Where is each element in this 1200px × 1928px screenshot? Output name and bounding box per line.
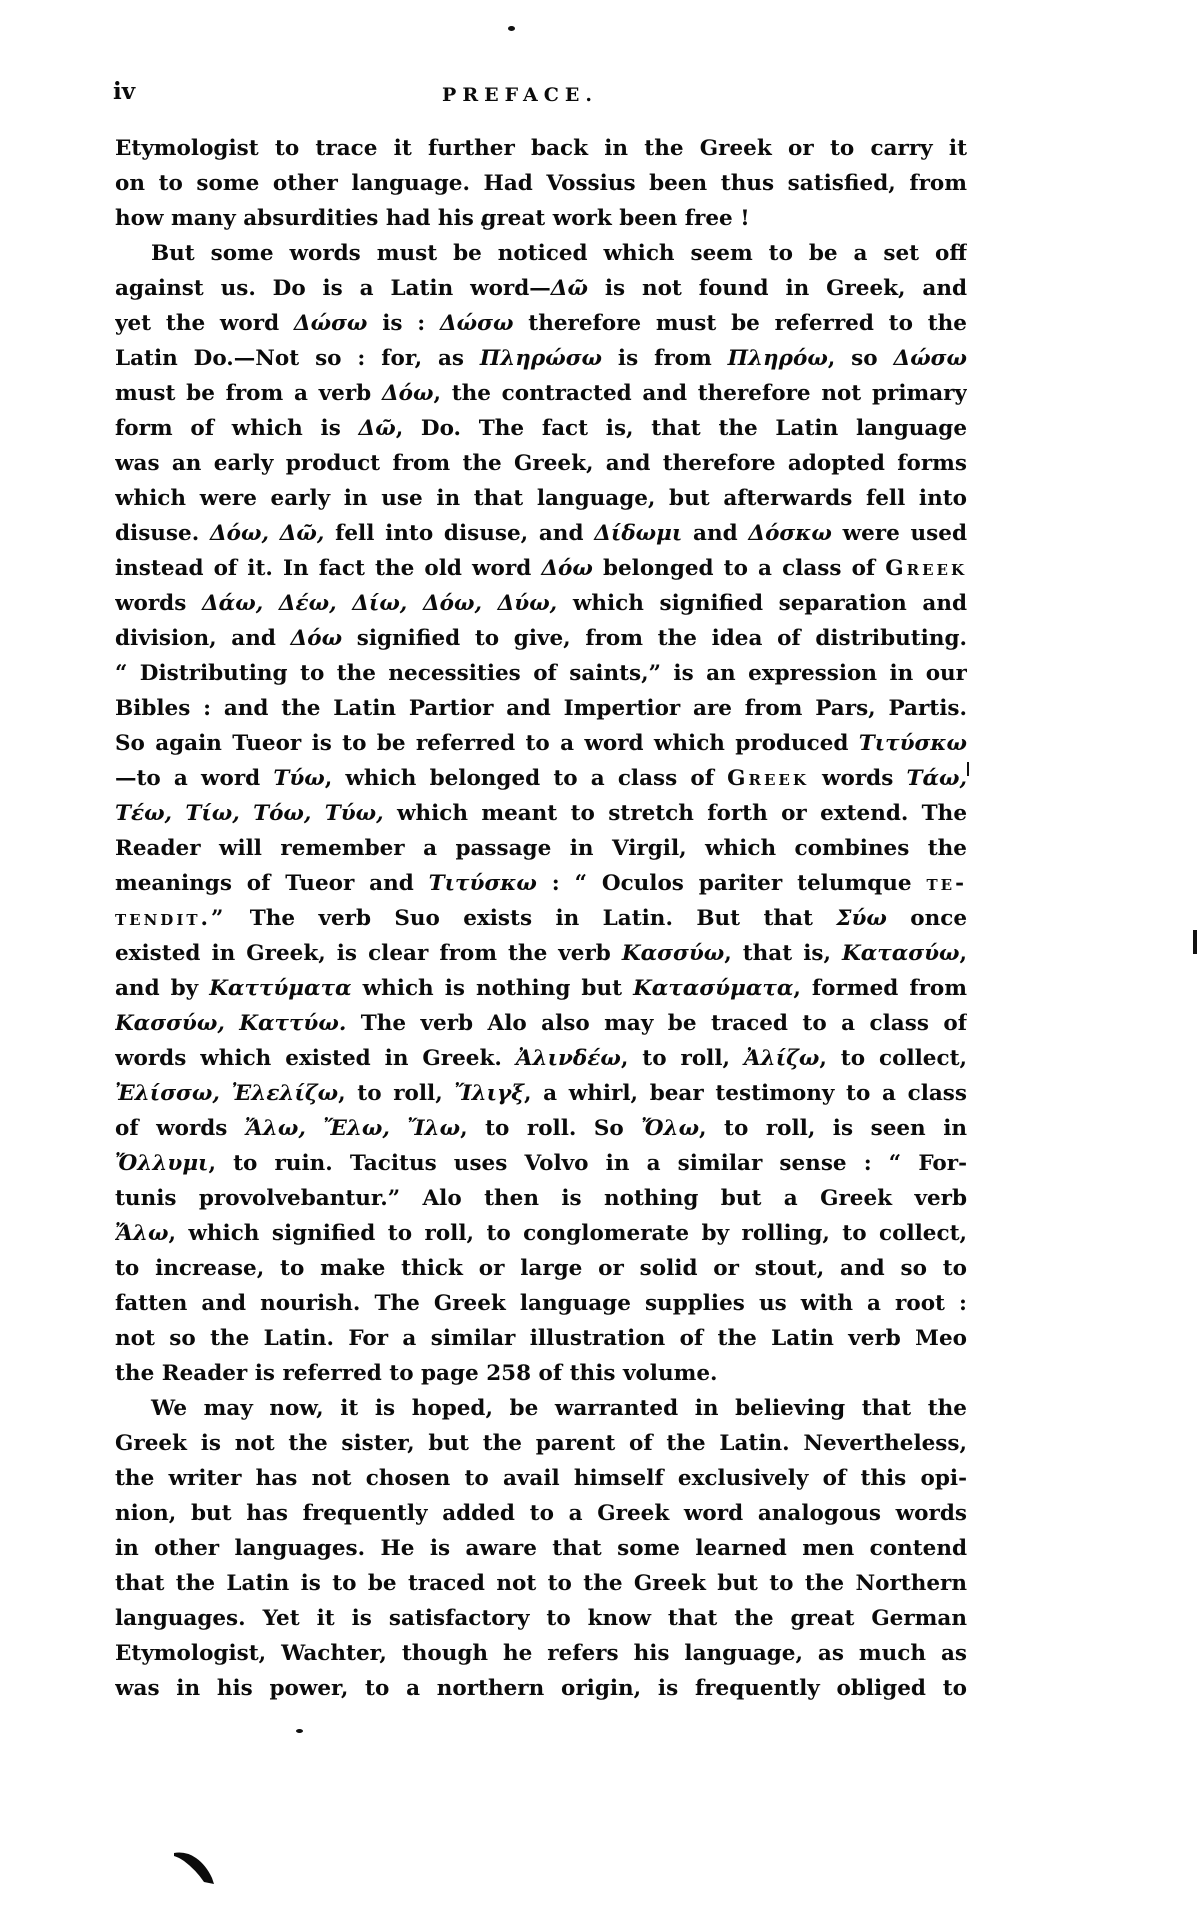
text-line: Bibles : and the Latin Partior and Imper… <box>115 691 967 726</box>
text-line: Etymologist to trace it further back in … <box>115 131 967 166</box>
text-line: instead of it. In fact the old word Δόω … <box>115 551 967 586</box>
text-line: Reader will remember a passage in Virgil… <box>115 831 967 866</box>
text-line: fatten and nourish. The Greek language s… <box>115 1286 967 1321</box>
text-line: tunis provolvebantur.” Alo then is nothi… <box>115 1181 967 1216</box>
text-line: Ὄλλυμι, to ruin. Tacitus uses Volvo in a… <box>115 1146 967 1181</box>
text-line: Κασσύω, Καττύω. The verb Alo also may be… <box>115 1006 967 1041</box>
text-line: words Δάω, Δέω, Δίω, Δόω, Δύω, which sig… <box>115 586 967 621</box>
text-line: was an early product from the Greek, and… <box>115 446 967 481</box>
text-line: form of which is Δῶ, Do. The fact is, th… <box>115 411 967 446</box>
running-title: PREFACE. <box>0 84 1040 106</box>
ink-speck <box>481 221 486 226</box>
text-line: tendit.” The verb Suo exists in Latin. B… <box>115 901 967 936</box>
text-line: Ἄλω, which signified to roll, to conglom… <box>115 1216 967 1251</box>
text-line: the writer has not chosen to avail himse… <box>115 1461 967 1496</box>
text-line: Ἐλίσσω, Ἐλελίζω, to roll, Ἴλιγξ, a whirl… <box>115 1076 967 1111</box>
text-line: must be from a verb Δόω, the contracted … <box>115 376 967 411</box>
margin-tick-mark <box>1193 930 1197 954</box>
text-line: So again Tueor is to be referred to a wo… <box>115 726 967 761</box>
text-line: languages. Yet it is satisfactory to kno… <box>115 1601 967 1636</box>
text-line: not so the Latin. For a similar illustra… <box>115 1321 967 1356</box>
text-line: Etymologist, Wachter, though he refers h… <box>115 1636 967 1671</box>
text-line: that the Latin is to be traced not to th… <box>115 1566 967 1601</box>
text-line: Greek is not the sister, but the parent … <box>115 1426 967 1461</box>
text-line: Τέω, Τίω, Τόω, Τύω, which meant to stret… <box>115 796 967 831</box>
text-line: in other languages. He is aware that som… <box>115 1531 967 1566</box>
text-line: and by Καττύματα which is nothing but Κα… <box>115 971 967 1006</box>
text-line: yet the word Δώσω is : Δώσω therefore mu… <box>115 306 967 341</box>
text-line: existed in Greek, is clear from the verb… <box>115 936 967 971</box>
margin-tick-mark <box>967 762 969 776</box>
ink-smudge <box>172 1848 222 1886</box>
text-line: We may now, it is hoped, be warranted in… <box>115 1391 967 1426</box>
text-line: words which existed in Greek. Ἀλινδέω, t… <box>115 1041 967 1076</box>
text-line: the Reader is referred to page 258 of th… <box>115 1356 967 1391</box>
text-line: nion, but has frequently added to a Gree… <box>115 1496 967 1531</box>
text-line: “ Distributing to the necessities of sai… <box>115 656 967 691</box>
text-line: how many absurdities had his great work … <box>115 201 967 236</box>
text-block: Etymologist to trace it further back in … <box>115 131 967 1706</box>
text-line: to increase, to make thick or large or s… <box>115 1251 967 1286</box>
text-line: disuse. Δόω, Δῶ, fell into disuse, and Δ… <box>115 516 967 551</box>
text-line: was in his power, to a northern origin, … <box>115 1671 967 1706</box>
text-line: Latin Do.—Not so : for, as Πληρώσω is fr… <box>115 341 967 376</box>
scanned-book-page: iv PREFACE. Etymologist to trace it furt… <box>0 0 1200 1928</box>
text-line: of words Ἄλω, Ἔλω, Ἴλω, to roll. So Ὄλω,… <box>115 1111 967 1146</box>
text-line: against us. Do is a Latin word—Δῶ is not… <box>115 271 967 306</box>
ink-speck <box>296 1729 303 1733</box>
text-line: meanings of Tueor and Τιτύσκω : “ Oculos… <box>115 866 967 901</box>
ink-speck <box>508 26 515 31</box>
text-line: —to a word Τύω, which belonged to a clas… <box>115 761 967 796</box>
text-line: division, and Δόω signified to give, fro… <box>115 621 967 656</box>
text-line: which were early in use in that language… <box>115 481 967 516</box>
text-line: on to some other language. Had Vossius b… <box>115 166 967 201</box>
text-line: But some words must be noticed which see… <box>115 236 967 271</box>
